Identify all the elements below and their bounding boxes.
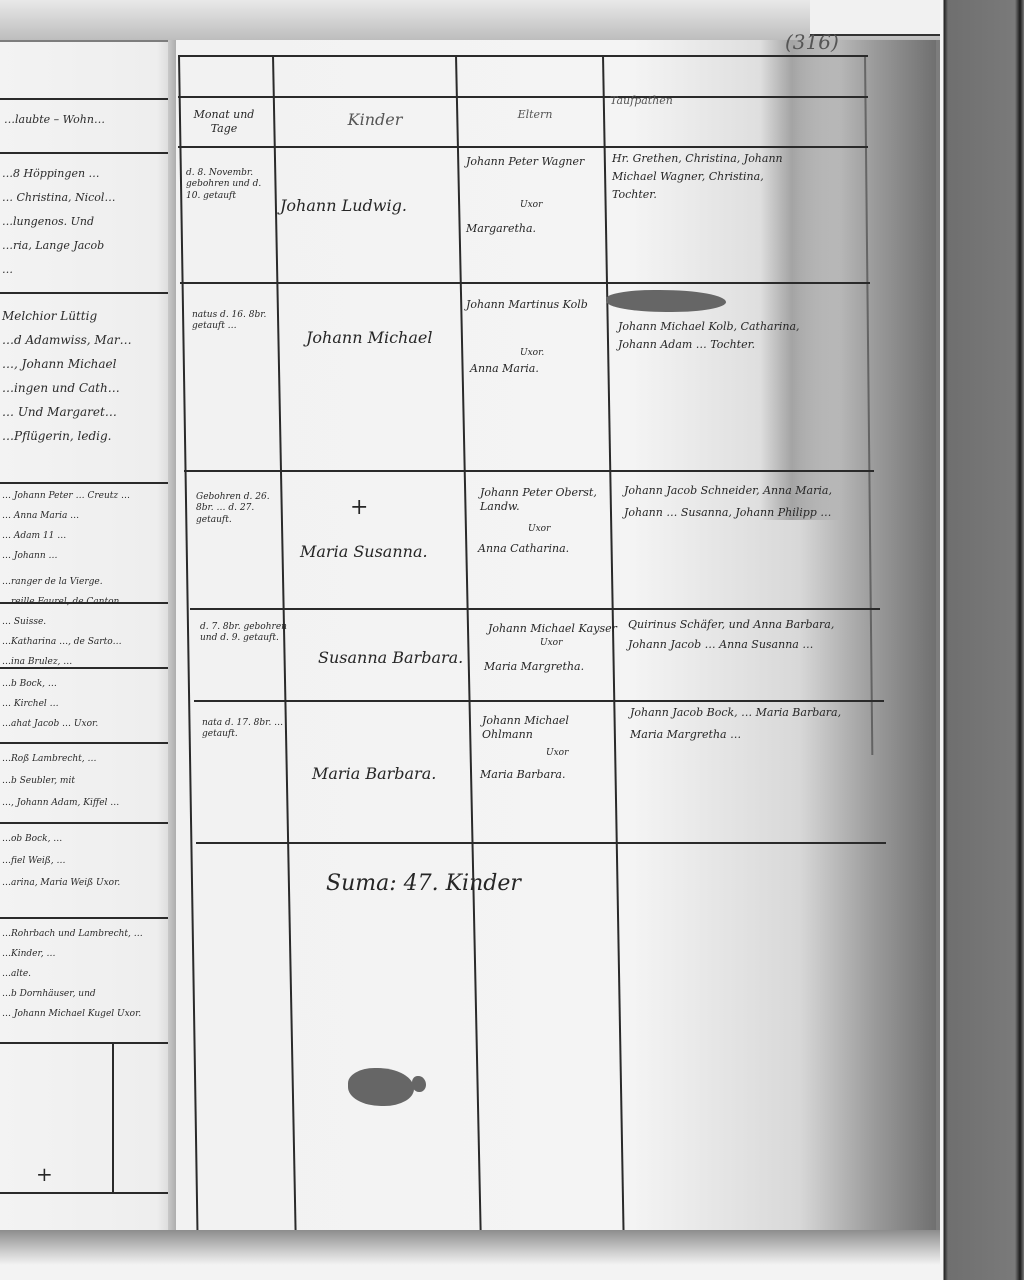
entry-mother: Anna Maria. (470, 362, 539, 376)
rule (0, 742, 192, 744)
rule (0, 1042, 194, 1044)
entry-date: Gebohren d. 26. 8br. … d. 27. getauft. (196, 492, 280, 526)
entry-mother: Maria Barbara. (480, 768, 565, 782)
entry-father: Johann Michael Ohlmann (482, 714, 622, 742)
death-cross-mark: + (350, 494, 368, 522)
entry-mother: Margaretha. (466, 222, 536, 236)
header-child: Kinder (300, 110, 450, 130)
header-parents: Eltern (470, 108, 600, 122)
ink-blot (412, 1076, 426, 1092)
page-number: (316) (785, 30, 839, 54)
entry-godparents: Quirinus Schäfer, und Anna Barbara, Joha… (628, 615, 843, 655)
left-fragment: …b Bock, … … Kirchel … …ahat Jacob … Uxo… (2, 674, 98, 734)
ink-smudge (606, 290, 726, 312)
entry-father: Johann Michael Kayser (488, 622, 628, 636)
table-rule (180, 282, 870, 284)
entry-father: Johann Peter Wagner (466, 155, 596, 169)
entry-uxor: Uxor (520, 200, 542, 211)
left-fragment: …8 Höppingen … … Christina, Nicol… …lung… (2, 162, 115, 282)
table-rule (178, 55, 868, 57)
cross-mark: + (36, 1162, 53, 1187)
left-fragment: … Johann Peter … Creutz … … Anna Maria …… (2, 486, 130, 566)
left-fragment: …ranger de la Vierge. …reille Faurel, de… (2, 572, 131, 672)
rule (0, 152, 190, 154)
entry-father: Johann Martinus Kolb (466, 298, 596, 312)
entry-child: Maria Susanna. (300, 542, 428, 562)
table-rule (184, 470, 874, 472)
rule (0, 917, 194, 919)
rule (112, 1042, 114, 1192)
scanner-edge-strip (940, 0, 1024, 1280)
left-fragment: …Rohrbach und Lambrecht, … …Kinder, … …a… (2, 924, 143, 1024)
entry-uxor: Uxor. (520, 348, 544, 359)
header-date: Monat und Tage (184, 108, 264, 136)
entry-uxor: Uxor (528, 524, 550, 535)
entry-godparents: Johann Michael Kolb, Catharina, Johann A… (618, 318, 838, 354)
left-fragment: …laubte – Wohn… (4, 108, 105, 132)
entry-uxor: Uxor (540, 638, 562, 649)
entry-date: d. 8. Novembr. gebohren und d. 10. getau… (186, 168, 270, 202)
rule (0, 482, 192, 484)
table-rule (178, 146, 868, 148)
table-rule (196, 842, 886, 844)
rule (0, 98, 190, 100)
entry-child: Johann Ludwig. (280, 196, 407, 216)
entry-father: Johann Peter Oberst, Landw. (480, 486, 610, 514)
left-fragment: …Roß Lambrecht, … …b Seubler, mit …, Joh… (2, 748, 119, 814)
entry-godparents: Johann Jacob Schneider, Anna Maria, Joha… (624, 480, 844, 524)
rule (0, 822, 194, 824)
ink-blot (348, 1068, 414, 1106)
entry-godparents: Johann Jacob Bock, … Maria Barbara, Mari… (630, 702, 850, 746)
scan-bottom-margin (0, 1230, 940, 1280)
entry-mother: Anna Catharina. (478, 542, 569, 556)
ink-bleed-stain (760, 40, 840, 520)
entry-mother: Maria Margretha. (484, 660, 584, 674)
rule (0, 1192, 194, 1194)
entry-child: Susanna Barbara. (318, 648, 463, 668)
entry-child: Maria Barbara. (312, 764, 436, 784)
entry-date: natus d. 16. 8br. getauft … (192, 310, 276, 333)
left-fragment: Melchior Lüttig …d Adamwiss, Mar… …, Joh… (2, 304, 132, 448)
entry-godparents: Hr. Grethen, Christina, Johann Michael W… (612, 150, 802, 204)
summary-total: Suma: 47. Kinder (326, 870, 521, 898)
rule (0, 292, 190, 294)
entry-child: Johann Michael (306, 328, 432, 348)
entry-uxor: Uxor (546, 748, 568, 759)
table-rule (190, 608, 880, 610)
entry-date: nata d. 17. 8br. … getauft. (202, 718, 292, 741)
left-page: …laubte – Wohn… …8 Höppingen … … Christi… (0, 42, 196, 1242)
left-fragment: …ob Bock, … …fiel Weiß, … …arina, Maria … (2, 828, 120, 894)
entry-date: d. 7. 8br. gebohren und d. 9. getauft. (200, 622, 290, 645)
header-godparents: Taufpathen (610, 94, 770, 108)
